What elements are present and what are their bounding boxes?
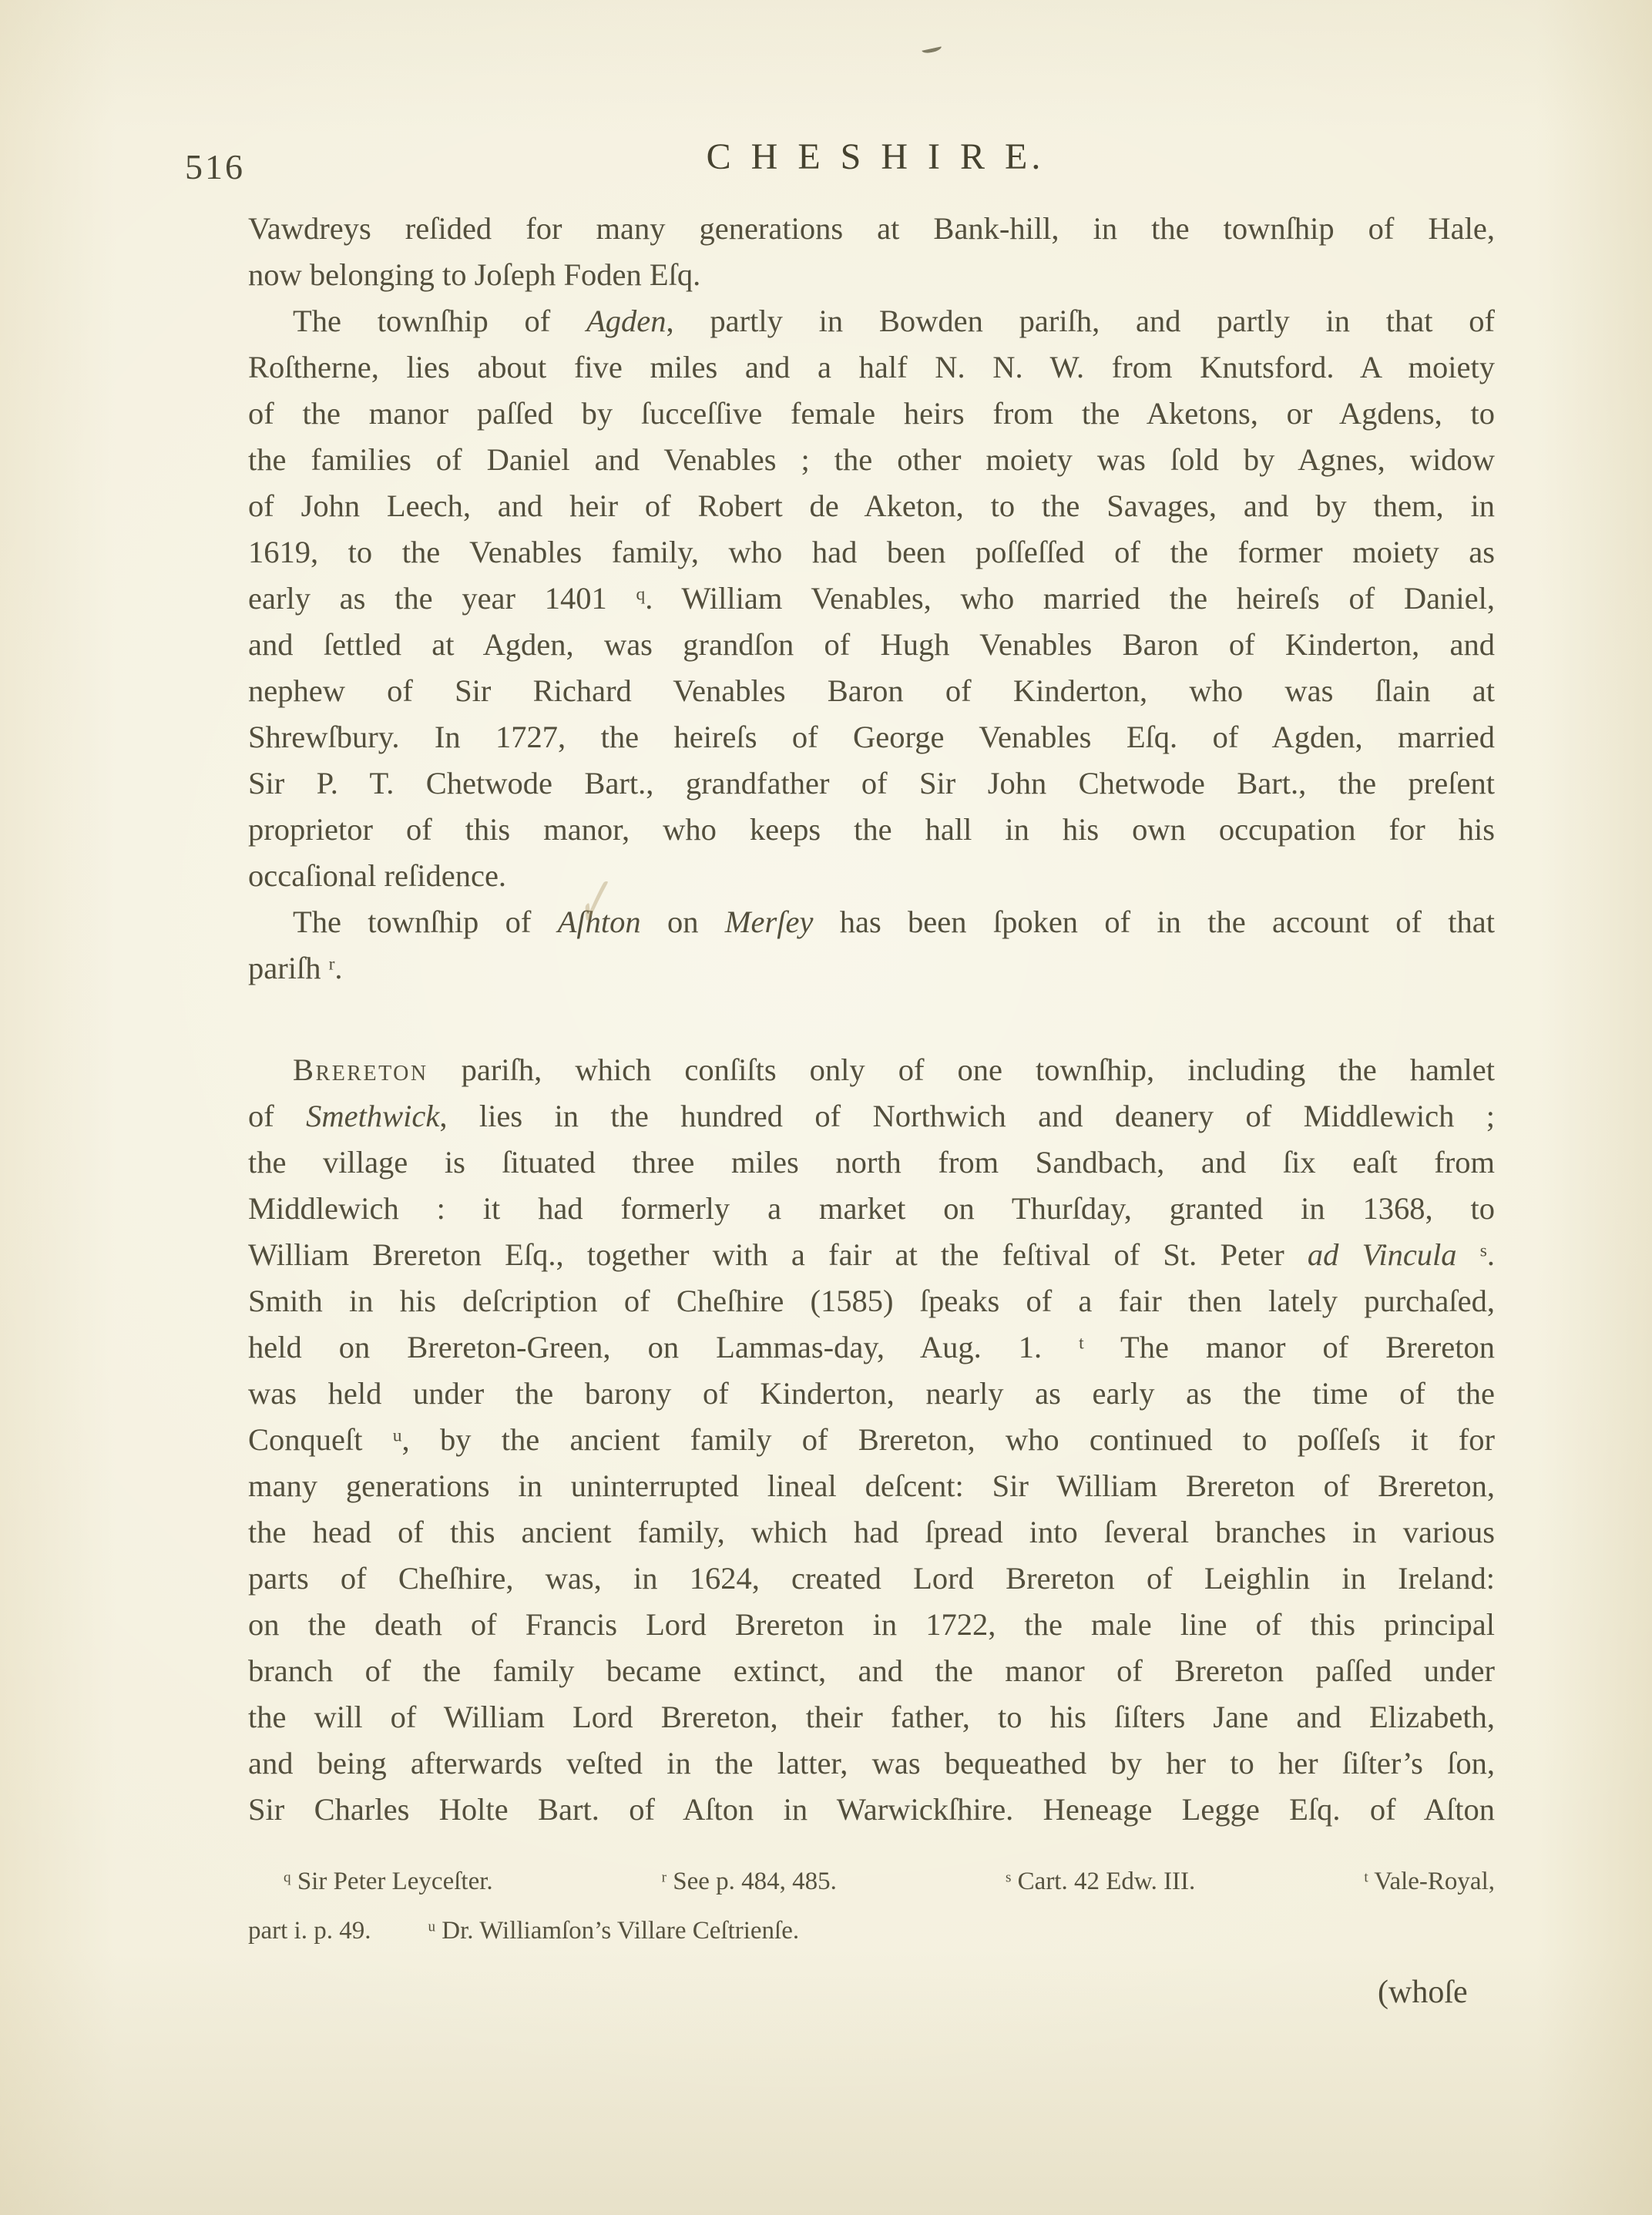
book-page: 516 C H E S H I R E. Vawdreys reſided fo… — [0, 0, 1652, 2215]
text-segment: Conqueſt — [248, 1422, 393, 1457]
footnote-marker: u — [428, 1918, 435, 1935]
text-segment: occaſional reſidence. — [248, 858, 506, 893]
text-segment: now belonging to Joſeph Foden Eſq. — [248, 257, 700, 292]
text-segment: has been ſpoken of in the account of tha… — [813, 904, 1495, 939]
italic-text: ad Vincula — [1308, 1237, 1457, 1272]
text-line: many generations in uninterrupted lineal… — [248, 1463, 1495, 1509]
footnote-item: r See p. 484, 485. — [662, 1857, 837, 1906]
text-segment: on — [641, 904, 725, 939]
text-line: Shrewſbury. In 1727, the heireſs of Geor… — [248, 714, 1495, 760]
text-line: William Brereton Eſq., together with a f… — [248, 1232, 1495, 1278]
italic-text: Agden — [586, 304, 666, 338]
text-line: was held under the barony of Kinderton, … — [248, 1371, 1495, 1417]
text-segment: early as the year 1401 — [248, 581, 636, 616]
text-segment: the village is ſituated three miles nort… — [248, 1145, 1495, 1180]
footnote-marker: u — [393, 1425, 402, 1445]
text-segment: Shrewſbury. In 1727, the heireſs of Geor… — [248, 720, 1495, 754]
scan-artifact — [921, 42, 942, 54]
text-line: Sir Charles Holte Bart. of Aſton in Warw… — [248, 1787, 1495, 1833]
text-segment: , by the ancient family of Brereton, who… — [402, 1422, 1495, 1457]
text-line: of John Leech, and heir of Robert de Ake… — [248, 483, 1495, 529]
text-line: on the death of Francis Lord Brereton in… — [248, 1602, 1495, 1648]
text-line: branch of the family became extinct, and… — [248, 1648, 1495, 1694]
text-segment: . — [1487, 1237, 1495, 1272]
text-segment: of — [248, 1099, 306, 1133]
text-line: parts of Cheſhire, was, in 1624, created… — [248, 1556, 1495, 1602]
footnote-item: part i. p. 49. — [248, 1917, 371, 1945]
text-line: pariſh r. — [248, 945, 1495, 992]
text-segment: was held under the barony of Kinderton, … — [248, 1376, 1495, 1411]
text-line: and being afterwards veſted in the latte… — [248, 1740, 1495, 1787]
text-segment: nephew of Sir Richard Venables Baron of … — [248, 673, 1495, 708]
text-segment: branch of the family became extinct, and… — [248, 1653, 1495, 1688]
text-segment: , partly in Bowden pariſh, and partly in… — [666, 304, 1495, 338]
text-line: The townſhip of Aſhton on Merſey has bee… — [248, 899, 1495, 945]
italic-text: Smethwick — [306, 1099, 439, 1133]
text-segment: pariſh — [248, 951, 329, 985]
text-segment — [1457, 1237, 1480, 1272]
text-line: Middlewich : it had formerly a market on… — [248, 1186, 1495, 1232]
text-segment: Sir P. T. Chetwode Bart., grandfather of… — [248, 766, 1495, 800]
text-segment: Vawdreys reſided for many generations at… — [248, 211, 1495, 246]
text-line: 1619, to the Venables family, who had be… — [248, 529, 1495, 576]
text-segment: of the manor paſſed by ſucceſſive female… — [248, 396, 1495, 431]
text-line: the families of Daniel and Venables ; th… — [248, 437, 1495, 483]
footnote-line-2: part i. p. 49.u Dr. Williamſon’s Villare… — [248, 1906, 1495, 1955]
catchword: (whoſe — [1378, 1974, 1468, 2011]
text-segment: The townſhip of — [293, 304, 586, 338]
text-line: Smith in his deſcription of Cheſhire (15… — [248, 1278, 1495, 1324]
text-line: The townſhip of Agden, partly in Bowden … — [248, 298, 1495, 344]
footnotes: q Sir Peter Leyceſter.r See p. 484, 485.… — [248, 1857, 1495, 1955]
text-segment: Roſtherne, lies about five miles and a h… — [248, 350, 1495, 384]
small-caps-text: Brereton — [293, 1052, 428, 1087]
text-line: of the manor paſſed by ſucceſſive female… — [248, 391, 1495, 437]
text-line: occaſional reſidence. — [248, 853, 1495, 899]
text-line: Brereton pariſh, which conſiſts only of … — [248, 1047, 1495, 1093]
text-line: proprietor of this manor, who keeps the … — [248, 807, 1495, 853]
footnote-marker: q — [284, 1869, 291, 1885]
text-segment: . William Venables, who married the heir… — [645, 581, 1495, 616]
text-segment: held on Brereton-Green, on Lammas-day, A… — [248, 1330, 1079, 1364]
text-line: the will of William Lord Brereton, their… — [248, 1694, 1495, 1740]
footnote-item: u Dr. Williamſon’s Villare Ceſtrienſe. — [428, 1917, 799, 1945]
footnote-item: q Sir Peter Leyceſter. — [284, 1857, 493, 1906]
text-line: the village is ſituated three miles nort… — [248, 1139, 1495, 1186]
text-segment: 1619, to the Venables family, who had be… — [248, 535, 1495, 569]
footnote-item: t Vale-Royal, — [1364, 1857, 1495, 1906]
text-segment: , lies in the hundred of Northwich and d… — [439, 1099, 1495, 1133]
footnote-marker: q — [636, 584, 645, 604]
text-segment: Middlewich : it had formerly a market on… — [248, 1191, 1495, 1226]
text-segment: Sir Charles Holte Bart. of Aſton in Warw… — [248, 1792, 1495, 1827]
text-line: Conqueſt u, by the ancient family of Bre… — [248, 1417, 1495, 1463]
footnote-marker: r — [662, 1869, 667, 1885]
footnote-marker: s — [1006, 1869, 1011, 1885]
text-line: held on Brereton-Green, on Lammas-day, A… — [248, 1324, 1495, 1371]
text-segment: proprietor of this manor, who keeps the … — [248, 812, 1495, 847]
footnote-marker: s — [1480, 1240, 1487, 1260]
text-segment: the families of Daniel and Venables ; th… — [248, 442, 1495, 477]
text-line: the head of this ancient family, which h… — [248, 1509, 1495, 1556]
text-segment: The manor of Brereton — [1084, 1330, 1495, 1364]
text-segment: Smith in his deſcription of Cheſhire (15… — [248, 1284, 1495, 1318]
italic-text: Merſey — [725, 904, 814, 939]
text-segment: many generations in uninterrupted lineal… — [248, 1468, 1495, 1503]
text-segment: The townſhip of — [293, 904, 558, 939]
footnote-marker: t — [1364, 1869, 1368, 1885]
text-segment: the head of this ancient family, which h… — [248, 1515, 1495, 1549]
running-title: C H E S H I R E. — [0, 136, 1652, 178]
text-segment: on the death of Francis Lord Brereton in… — [248, 1607, 1495, 1642]
text-line: and ſettled at Agden, was grandſon of Hu… — [248, 622, 1495, 668]
text-line: early as the year 1401 q. William Venabl… — [248, 576, 1495, 622]
text-segment: and being afterwards veſted in the latte… — [248, 1746, 1495, 1780]
text-line: nephew of Sir Richard Venables Baron of … — [248, 668, 1495, 714]
text-segment: the will of William Lord Brereton, their… — [248, 1700, 1495, 1734]
body-text: Vawdreys reſided for many generations at… — [248, 206, 1495, 1833]
text-line: Roſtherne, lies about five miles and a h… — [248, 344, 1495, 391]
text-segment: William Brereton Eſq., together with a f… — [248, 1237, 1308, 1272]
text-segment: . — [334, 951, 342, 985]
text-segment: and ſettled at Agden, was grandſon of Hu… — [248, 627, 1495, 662]
footnote-line-1: q Sir Peter Leyceſter.r See p. 484, 485.… — [248, 1857, 1495, 1906]
text-line: Sir P. T. Chetwode Bart., grandfather of… — [248, 760, 1495, 807]
text-segment: pariſh, which conſiſts only of one townſ… — [428, 1052, 1495, 1087]
text-line: Vawdreys reſided for many generations at… — [248, 206, 1495, 252]
text-line: now belonging to Joſeph Foden Eſq. — [248, 252, 1495, 298]
text-segment: parts of Cheſhire, was, in 1624, created… — [248, 1561, 1495, 1596]
footnote-item: s Cart. 42 Edw. III. — [1006, 1857, 1195, 1906]
text-line: of Smethwick, lies in the hundred of Nor… — [248, 1093, 1495, 1139]
text-segment: of John Leech, and heir of Robert de Ake… — [248, 488, 1495, 523]
